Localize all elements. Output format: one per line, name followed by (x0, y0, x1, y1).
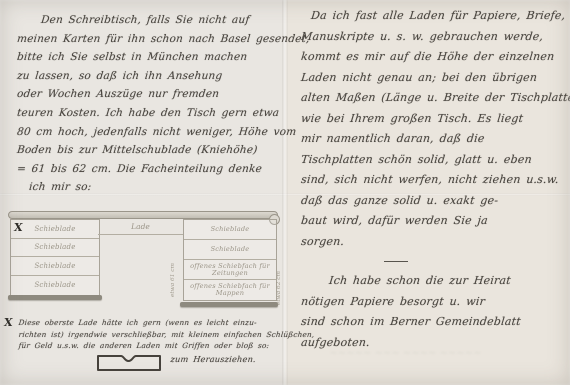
handwriting-line: Da ich fast alle Laden für Papiere, Brie… (300, 6, 566, 27)
center-drawer-cell: Lade (98, 219, 184, 235)
handwriting-line: Laden nicht genau an; bei den übrigen (300, 68, 566, 89)
fold-crease-vertical (282, 0, 288, 385)
desk-base-right (180, 302, 278, 307)
handwriting-line: sorgen. (300, 232, 566, 253)
handwriting-line: wie bei Ihrem großen Tisch. Es liegt (300, 109, 566, 130)
handwriting-line: nötigen Papiere besorgt u. wir (300, 292, 566, 313)
handwriting-line: baut wird, dafür werden Sie ja (300, 211, 566, 232)
desk-base-left (8, 295, 102, 300)
left-page-text: Den Schreibtisch, falls Sie nicht auf me… (16, 11, 280, 197)
handwriting-line: Manuskripte u. s. w. gebrauchen werde, (300, 27, 566, 48)
handwriting-line: Boden bis zur Mittelschublade (Kniehöhe) (16, 141, 282, 160)
right-page-text: Da ich fast alle Laden für Papiere, Brie… (300, 6, 564, 353)
desk-right-drawer-stack: Schieblade Schieblade offenes Schiebfach… (183, 219, 277, 301)
handwriting-line: 80 cm hoch, jedenfalls nicht weniger, Hö… (16, 123, 282, 142)
handwriting-line: sind schon im Berner Gemeindeblatt (300, 312, 566, 333)
handle-caption: zum Herausziehen. (170, 354, 256, 364)
ink-show-through: ~~~~~ ~~~ ~~~~ ~~~~~ (329, 348, 521, 368)
x-mark: X (13, 221, 23, 234)
handwriting-line: daß das ganze solid u. exakt ge- (300, 191, 566, 212)
handwriting-line: bitte ich Sie selbst in München machen (16, 48, 282, 67)
right-paragraph-2: Ich habe schon die zur Heirat nötigen Pa… (300, 271, 564, 353)
desk-top-rod (8, 211, 278, 219)
desk-left-drawer-stack: Schieblade Schieblade Schieblade Schiebl… (10, 219, 100, 296)
drawer-cell: Schieblade (11, 276, 99, 294)
paragraph-separator-dash (384, 261, 408, 262)
handwriting-line: meinen Karten für ihn schon nach Basel g… (16, 30, 282, 49)
drawer-cell: Schieblade (11, 239, 99, 258)
footnote-text: Diese oberste Lade hätte ich gern (wenn … (18, 317, 280, 352)
desk-sketch: Schieblade Schieblade Schieblade Schiebl… (8, 207, 280, 315)
handwriting-line: Ich habe schon die zur Heirat (300, 271, 566, 292)
drawer-cell: offenes Schiebfach für Mappen (184, 280, 276, 299)
footnote-line: Diese oberste Lade hätte ich gern (wenn … (18, 317, 281, 329)
footnote-x-mark: X (3, 316, 13, 329)
drawer-cell: Schieblade (184, 240, 276, 260)
handwriting-line: mir namentlich daran, daß die (300, 129, 566, 150)
dimension-label-inner: etwa 61 cm (170, 263, 176, 297)
drawer-cell: Schieblade (11, 220, 99, 239)
handwriting-line: zu lassen, so daß ich ihn Ansehung (16, 67, 282, 86)
drawer-cell: Schieblade (184, 220, 276, 240)
handle-notch-drawing (95, 349, 163, 373)
handwriting-line: = 61 bis 62 cm. Die Facheinteilung denke (16, 160, 282, 179)
handwriting-line: alten Maßen (Länge u. Breite der Tischpl… (300, 88, 566, 109)
letter-scan: Den Schreibtisch, falls Sie nicht auf me… (0, 0, 570, 385)
drawer-cell: offenes Schiebfach für Zeitungen (184, 260, 276, 280)
handwriting-line: kommt es mir auf die Höhe der einzelnen (300, 47, 566, 68)
handwriting-line: oder Wochen Auszüge nur fremden (16, 85, 282, 104)
right-paragraph-1: Da ich fast alle Laden für Papiere, Brie… (300, 6, 564, 252)
handwriting-line: Den Schreibtisch, falls Sie nicht auf (16, 11, 282, 30)
handwriting-line: sind, sich nicht werfen, nicht ziehen u.… (300, 170, 566, 191)
footnote-line: richten ist) irgendwie verschließbar, mi… (18, 329, 281, 341)
handwriting-line: teuren Kosten. Ich habe den Tisch gern e… (16, 104, 282, 123)
drawer-handle-sketch (95, 349, 163, 377)
handwriting-line: ich mir so: (16, 178, 282, 197)
drawer-cell: Schieblade (11, 257, 99, 276)
handwriting-line: Tischplatten schön solid, glatt u. eben (300, 150, 566, 171)
dimension-label-outer: etwa 62 cm (276, 271, 282, 305)
